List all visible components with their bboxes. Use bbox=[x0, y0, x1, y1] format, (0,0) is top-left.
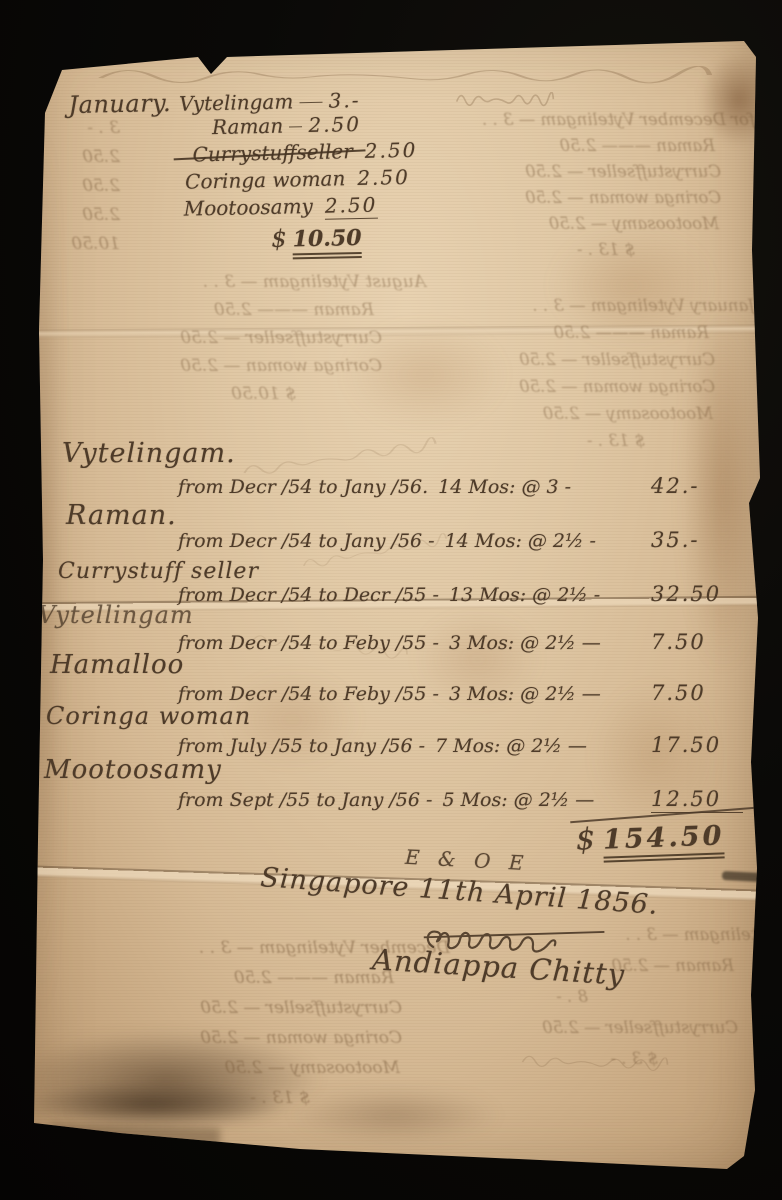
account-name: Mootoosamy bbox=[44, 755, 222, 785]
grand-total-value: 154.50 bbox=[603, 820, 726, 862]
bleedthrough-line: Coringa woman — 2.50 bbox=[420, 377, 755, 404]
entry-amount: 2.50 bbox=[308, 112, 361, 137]
january-total-row: $ 10.50 bbox=[71, 223, 364, 264]
account-detail-row: from Decr /54 to Jany /56. 14 Mos: @ 3 -… bbox=[178, 474, 743, 498]
account-amount: 17.50 bbox=[651, 733, 743, 757]
bleedthrough-line: Currystuffseller — 2.50 bbox=[385, 162, 755, 188]
january-entries-section: January. Vytelingam 3.- Raman 2.50 Curry… bbox=[68, 85, 364, 264]
bleedthrough-line: Currystuffseller — 2.50 bbox=[50, 998, 450, 1028]
account-period: from Sept /55 to Jany /56 - bbox=[178, 789, 432, 811]
account-rate: 3 Mos: @ 2½ — bbox=[449, 683, 601, 705]
entry-name: Mootoosamy bbox=[183, 194, 313, 221]
manuscript-page: for December Vytelingam — 3 . . Raman ——… bbox=[0, 0, 782, 1200]
account-name: Vytelingam. bbox=[62, 438, 236, 469]
bleedthrough-line: Coringa woman — 2.50 bbox=[385, 188, 755, 214]
bleedthrough-text-block: Vytelingam — 3 . . Raman — 2.50 8 . - Cu… bbox=[448, 925, 778, 1080]
bleedthrough-line: Mootoosamy — 2.50 bbox=[50, 1058, 450, 1088]
bleedthrough-line: 8 . - bbox=[448, 987, 778, 1018]
account-amount: 35.- bbox=[651, 528, 743, 552]
account-rate: 7 Mos: @ 2½ — bbox=[435, 735, 587, 757]
account-period: from Decr /54 to Feby /55 - bbox=[178, 632, 439, 654]
bleedthrough-line: August Vytelingam — 3 . . bbox=[58, 272, 426, 300]
bleedthrough-text-block: January Vytelingam — 3 . . Raman ——— 2.5… bbox=[420, 296, 755, 458]
grand-total-row: $ 154.50 bbox=[575, 817, 725, 863]
account-detail-row: from Decr /54 to Jany /56 - 14 Mos: @ 2½… bbox=[178, 528, 743, 552]
account-name: Raman. bbox=[66, 500, 177, 531]
bleedthrough-line: Currystuffseller — 2.50 bbox=[58, 328, 426, 356]
entry-name: Coringa woman bbox=[185, 166, 346, 193]
account-rate: 14 Mos: @ 2½ - bbox=[445, 530, 596, 552]
bleedthrough-line: Currystuffseller — 2.50 bbox=[420, 350, 755, 377]
currency-sign: $ bbox=[575, 822, 595, 858]
entry-amount: 3.- bbox=[328, 88, 360, 113]
account-rate: 14 Mos: @ 3 - bbox=[438, 476, 571, 498]
entry-name: Raman bbox=[212, 114, 284, 139]
ledger-dash bbox=[299, 102, 322, 103]
account-detail-row: from Decr /54 to Feby /55 - 3 Mos: @ 2½ … bbox=[178, 681, 743, 705]
bleedthrough-line: Coringa woman — 2.50 bbox=[58, 356, 426, 384]
bleedthrough-line: January Vytelingam — 3 . . bbox=[420, 296, 755, 323]
bleedthrough-script-squiggle bbox=[90, 66, 720, 86]
bleedthrough-line: $ 13 . - bbox=[385, 240, 755, 266]
account-detail-row: from Decr /54 to Feby /55 - 3 Mos: @ 2½ … bbox=[178, 630, 743, 654]
account-detail-row: from Decr /54 to Decr /55 - 13 Mos: @ 2½… bbox=[178, 582, 743, 606]
account-name: Vytellingam bbox=[38, 601, 194, 629]
account-period: from Decr /54 to Jany /56 - bbox=[178, 530, 435, 552]
bleedthrough-line: Raman ——— 2.50 bbox=[420, 323, 755, 350]
currency-sign: $ bbox=[271, 225, 287, 253]
account-amount: 7.50 bbox=[651, 681, 743, 705]
account-amount: 7.50 bbox=[651, 630, 743, 654]
bleedthrough-line: $ 3 . - bbox=[448, 1049, 778, 1080]
account-amount: 42.- bbox=[651, 474, 743, 498]
bleedthrough-line: Raman ——— 2.50 bbox=[385, 136, 755, 162]
bleedthrough-line: Raman ——— 2.50 bbox=[58, 300, 426, 328]
account-name: Currystuff seller bbox=[58, 559, 259, 584]
bleedthrough-line: $ 13 . - bbox=[420, 431, 755, 458]
bleedthrough-script-squiggle bbox=[455, 92, 555, 108]
account-period: from Decr /54 to Jany /56. bbox=[178, 476, 428, 498]
month-label: January. bbox=[68, 89, 171, 119]
bleedthrough-line: $ 10.50 bbox=[58, 384, 426, 412]
entry-row: Mootoosamy 2.50 bbox=[70, 193, 363, 226]
account-amount: 32.50 bbox=[651, 582, 743, 606]
bleedthrough-line: Currystuffseller — 2.50 bbox=[448, 1018, 778, 1049]
bleedthrough-line: $ 13 . - bbox=[50, 1088, 450, 1118]
account-rate: 3 Mos: @ 2½ — bbox=[449, 632, 601, 654]
account-name: Hamalloo bbox=[50, 650, 184, 680]
account-period: from July /55 to Jany /56 - bbox=[178, 735, 425, 757]
bleedthrough-line: Coringa woman — 2.50 bbox=[50, 1028, 450, 1058]
photograph-background: for December Vytelingam — 3 . . Raman ——… bbox=[0, 0, 782, 1200]
entry-name: Vytelingam bbox=[179, 89, 294, 115]
january-total-value: 10.50 bbox=[292, 225, 362, 259]
entry-amount: 2.50 bbox=[365, 138, 418, 163]
entry-amount: 2.50 bbox=[325, 193, 378, 220]
tear-mark bbox=[722, 871, 762, 882]
account-name: Coringa woman bbox=[46, 702, 251, 730]
ledger-dash bbox=[289, 126, 302, 127]
account-period: from Decr /54 to Decr /55 - bbox=[178, 584, 439, 606]
account-rate: 13 Mos: @ 2½ - bbox=[449, 584, 600, 606]
account-detail-row: from July /55 to Jany /56 - 7 Mos: @ 2½ … bbox=[178, 733, 743, 757]
bleedthrough-line: Mootoosamy — 2.50 bbox=[420, 404, 755, 431]
bleedthrough-text-block: August Vytelingam — 3 . . Raman ——— 2.50… bbox=[58, 272, 426, 412]
bleedthrough-text-block: for December Vytelingam — 3 . . Raman ——… bbox=[385, 110, 755, 266]
errors-omissions-excepted: E & O E bbox=[404, 845, 530, 875]
account-detail-row: from Sept /55 to Jany /56 - 5 Mos: @ 2½ … bbox=[178, 787, 743, 813]
entry-amount: 2.50 bbox=[357, 165, 410, 190]
bleedthrough-line: for December Vytelingam — 3 . . bbox=[385, 110, 755, 136]
bleedthrough-line: Mootoosamy — 2.50 bbox=[385, 214, 755, 240]
torn-edge-fibers bbox=[50, 1124, 220, 1148]
account-rate: 5 Mos: @ 2½ — bbox=[442, 789, 594, 811]
